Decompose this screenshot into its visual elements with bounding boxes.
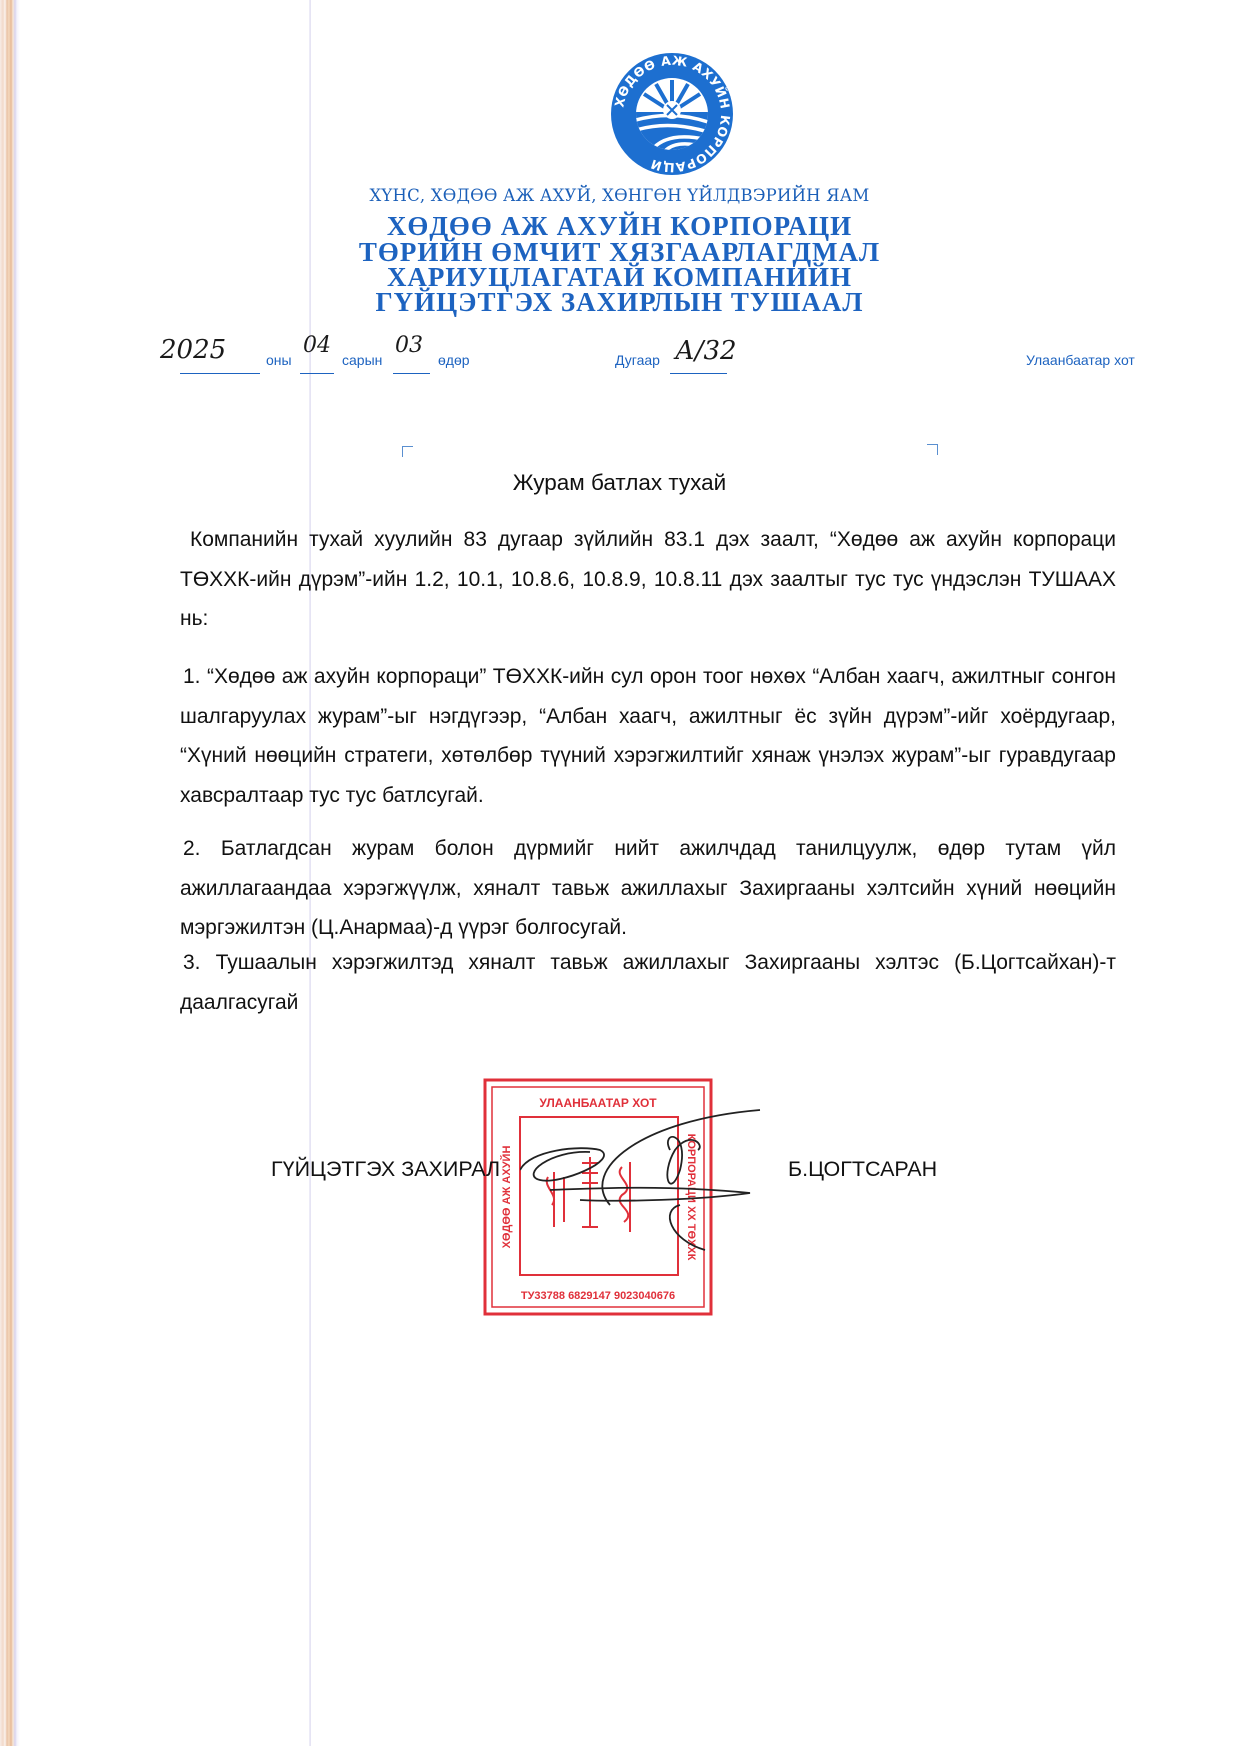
signatory-title: ГҮЙЦЭТГЭХ ЗАХИРАЛ bbox=[271, 1157, 500, 1182]
order-subject: Журам батлах тухай bbox=[0, 470, 1239, 496]
header-title-line-1: ХӨДӨӨ АЖ АХУЙН КОРПОРАЦИ bbox=[0, 213, 1239, 240]
handwritten-year: 2025 bbox=[160, 335, 226, 365]
month-label: сарын bbox=[342, 352, 382, 368]
signatory-name: Б.ЦОГТСАРАН bbox=[788, 1157, 937, 1182]
intro-paragraph: Компанийн тухай хуулийн 83 дугаар зүйлий… bbox=[180, 520, 1116, 639]
handwritten-day: 03 bbox=[395, 333, 423, 358]
corner-mark-left bbox=[402, 446, 413, 457]
year-underline bbox=[180, 373, 260, 374]
day-underline bbox=[393, 373, 430, 374]
month-underline bbox=[300, 373, 334, 374]
svg-text:ТУ33788 6829147 9023040676: ТУ33788 6829147 9023040676 bbox=[521, 1290, 675, 1302]
ministry-logo-icon: ХӨДӨӨ АЖ АХУЙН КОРПОРАЦИ bbox=[610, 52, 734, 176]
item-text: “Хөдөө аж ахуйн корпораци” ТӨХХК-ийн сул… bbox=[180, 665, 1116, 807]
item-number: 1. bbox=[180, 665, 201, 688]
item-text: Тушаалын хэрэгжилтэд хяналт тавьж ажилла… bbox=[180, 951, 1116, 1014]
number-underline bbox=[670, 373, 727, 374]
number-label: Дугаар bbox=[615, 352, 660, 368]
ministry-name: ХҮНС, ХӨДӨӨ АЖ АХУЙ, ХӨНГӨН ҮЙЛДВЭРИЙН Я… bbox=[0, 186, 1239, 205]
corner-mark-right bbox=[927, 444, 938, 455]
handwritten-signature bbox=[520, 1090, 780, 1270]
day-label: өдөр bbox=[438, 352, 470, 368]
item-number: 2. bbox=[180, 837, 201, 860]
order-item-2: 2. Батлагдсан журам болон дүрмийг нийт а… bbox=[180, 829, 1116, 948]
item-number: 3. bbox=[180, 951, 201, 974]
order-item-1: 1. “Хөдөө аж ахуйн корпораци” ТӨХХК-ийн … bbox=[180, 657, 1116, 815]
svg-text:ХӨДӨӨ АЖ АХУЙН: ХӨДӨӨ АЖ АХУЙН bbox=[500, 1146, 513, 1249]
handwritten-month: 04 bbox=[303, 333, 331, 358]
item-text: Батлагдсан журам болон дүрмийг нийт ажил… bbox=[180, 837, 1116, 939]
handwritten-order-number: А/32 bbox=[675, 336, 737, 366]
header-title-line-4: ГҮЙЦЭТГЭХ ЗАХИРЛЫН ТУШААЛ bbox=[0, 289, 1239, 316]
order-item-3: 3. Тушаалын хэрэгжилтэд хяналт тавьж ажи… bbox=[180, 943, 1116, 1022]
place-label: Улаанбаатар хот bbox=[1026, 352, 1135, 368]
year-label: оны bbox=[266, 352, 292, 368]
